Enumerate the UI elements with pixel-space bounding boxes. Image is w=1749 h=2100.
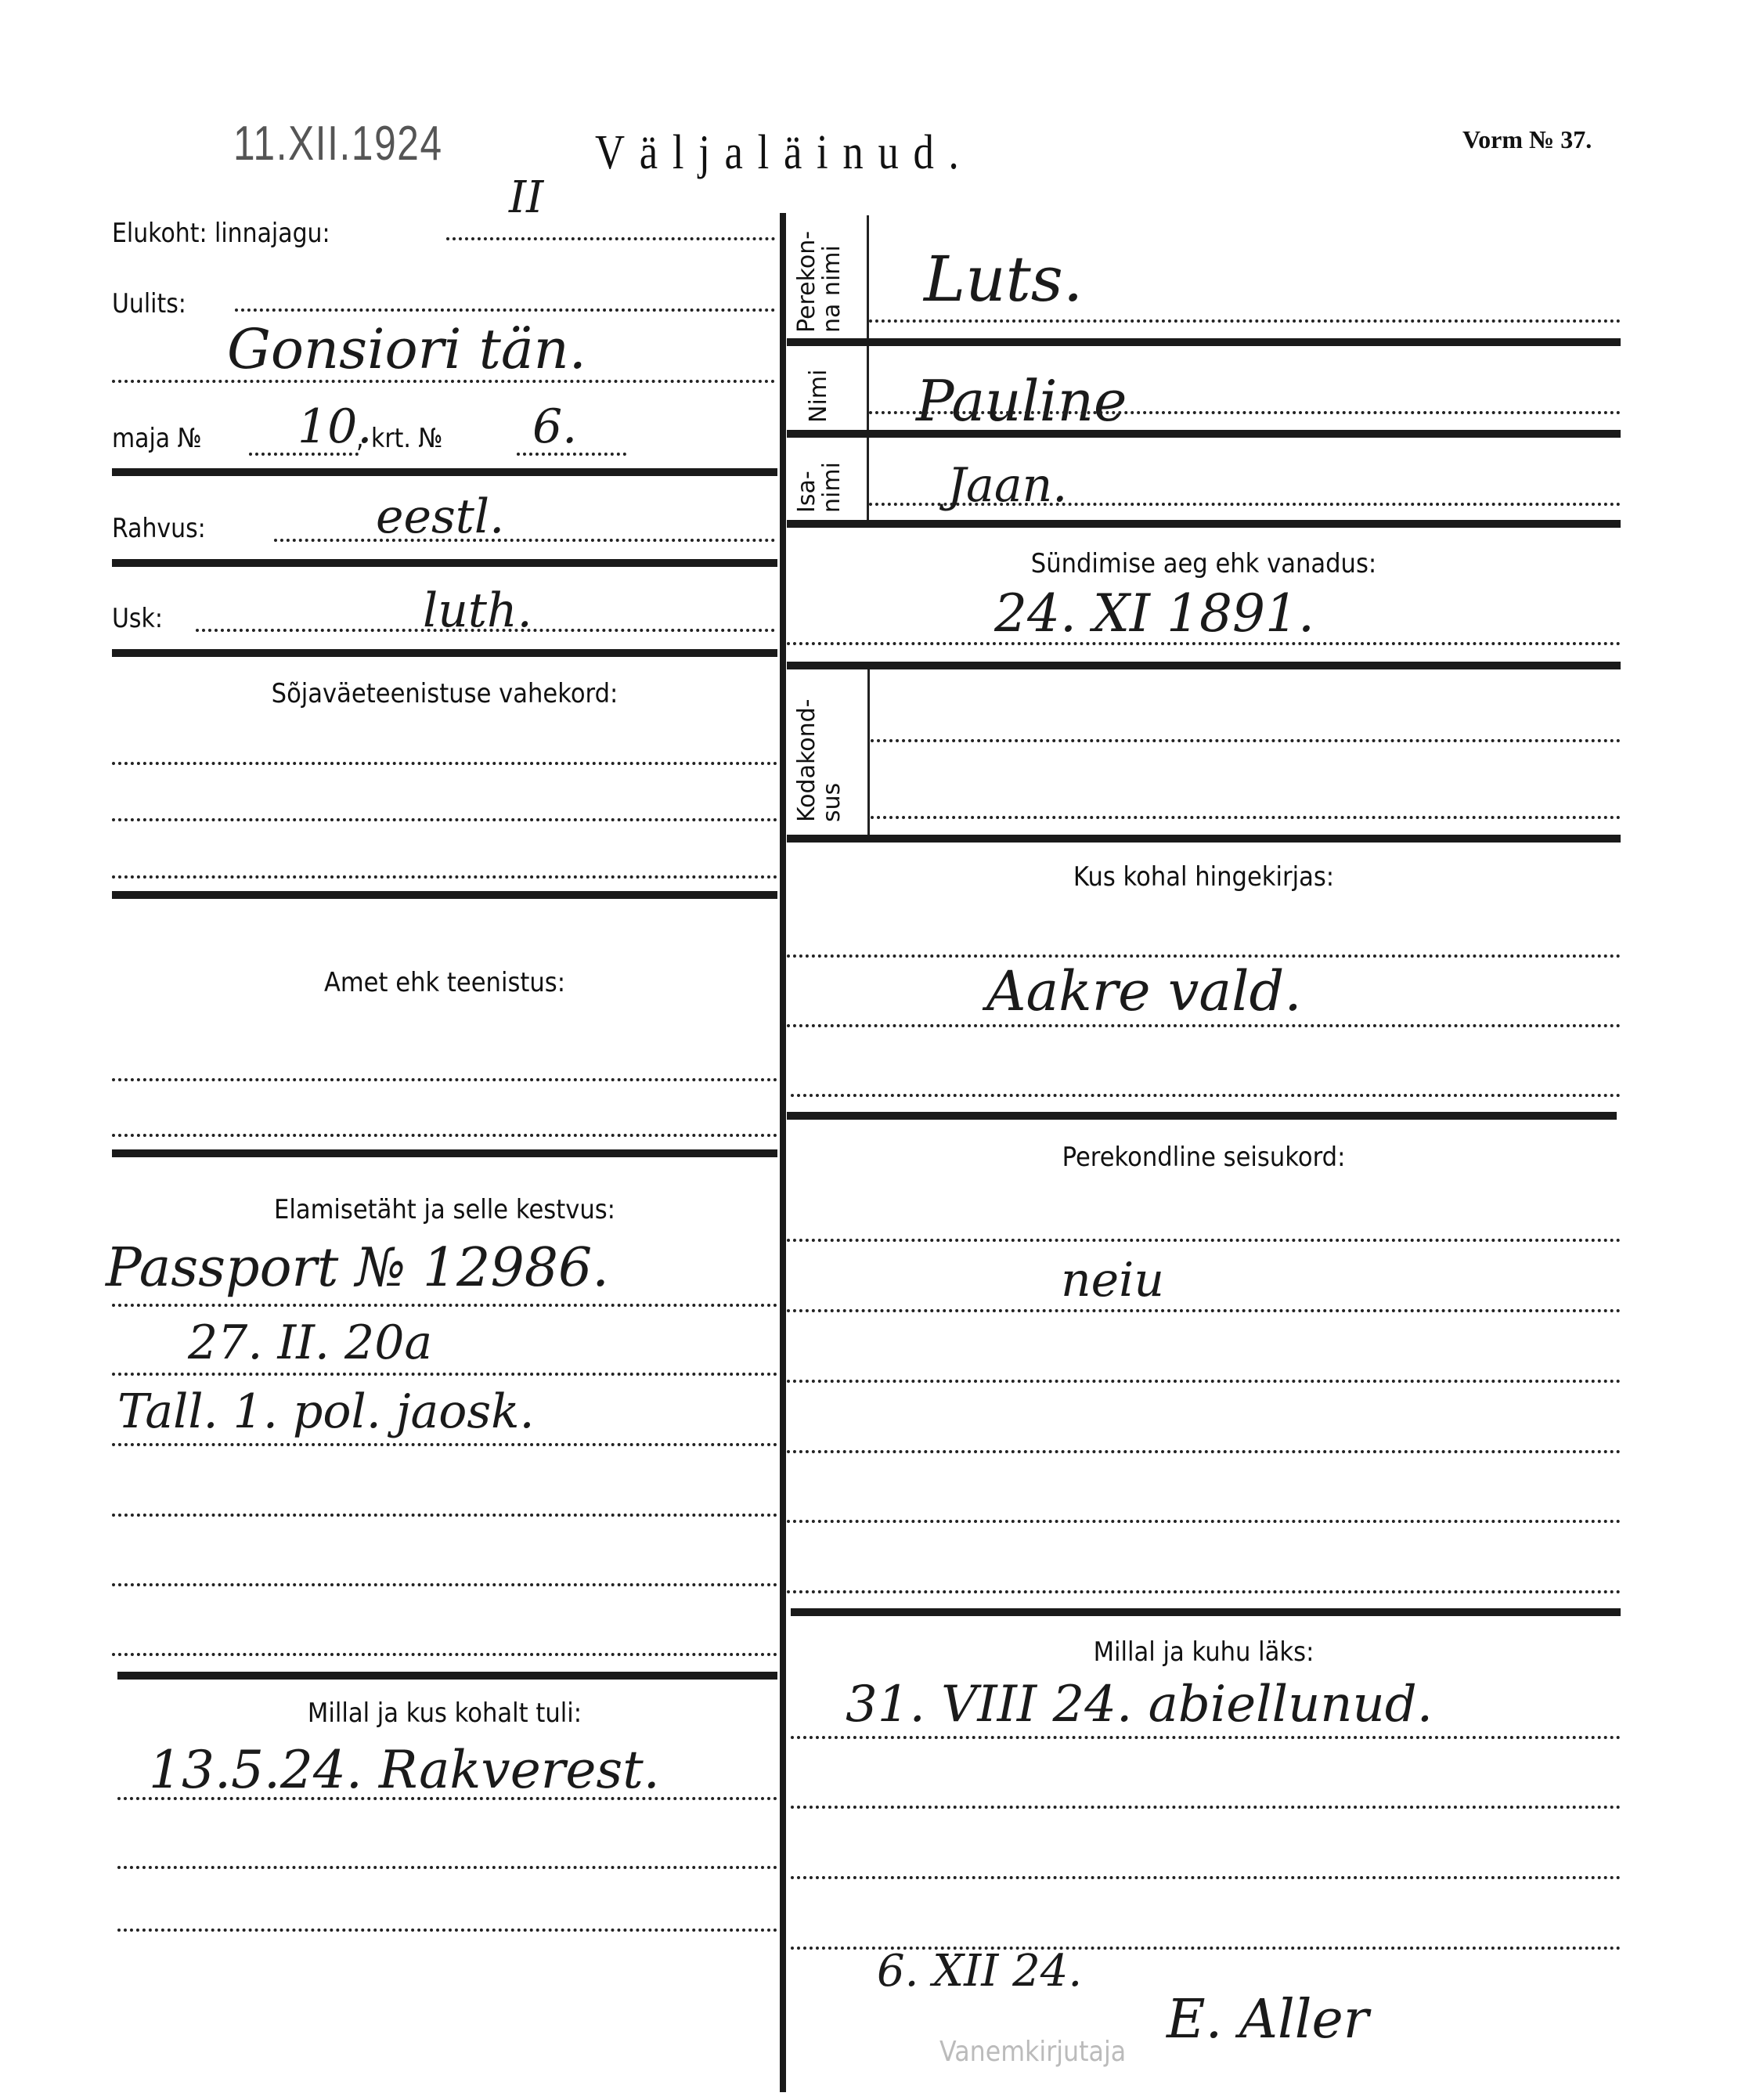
form-title: Väljaläinud.: [595, 125, 973, 181]
elamisetaht-line-1: Passport № 12986.: [106, 1237, 609, 1299]
divider: [787, 1112, 1617, 1120]
perekonnanimi-line: [869, 319, 1621, 323]
tuli-line-3: [117, 1929, 777, 1932]
perekonnanimi-value: Luts.: [924, 243, 1083, 316]
divider: [112, 468, 777, 476]
divider: [112, 891, 777, 899]
elukoht-label: Elukoht: linnajagu:: [112, 218, 330, 249]
rahvus-label: Rahvus:: [112, 513, 206, 544]
label-separator: [867, 438, 869, 522]
perekondline-line-1: [787, 1239, 1621, 1242]
usk-label: Usk:: [112, 603, 163, 634]
column-divider: [780, 213, 786, 2092]
sojavae-label: Sõjaväeteenistuse vahekord:: [146, 678, 745, 709]
perekondline-line-4: [787, 1450, 1621, 1453]
laks-line-2: [791, 1806, 1621, 1809]
nimi-value: Pauline: [916, 368, 1127, 434]
isanimi-label-line-2: nimi: [820, 462, 845, 513]
isanimi-label-line-1: Isa-: [795, 462, 820, 513]
perekondline-line-5: [787, 1520, 1621, 1523]
uulits-value: Gonsiori tän.: [227, 317, 586, 381]
rahvus-value: eestl.: [376, 489, 504, 544]
sojavae-line-3: [112, 875, 777, 879]
perekondline-label: Perekondline seisukord:: [828, 1142, 1579, 1173]
perekondline-line-2: [787, 1309, 1621, 1312]
tuli-line-2: [117, 1866, 777, 1869]
sundimise-line: [787, 642, 1621, 645]
hingekirjas-line-1: [787, 954, 1621, 958]
nimi-line: [869, 411, 1621, 414]
divider: [112, 559, 777, 567]
perekondline-value: neiu: [1061, 1253, 1164, 1308]
tuli-line-1: [117, 1797, 777, 1800]
uulits-label: Uulits:: [112, 288, 186, 319]
laks-value: 31. VIII 24. abiellunud.: [846, 1676, 1433, 1734]
tuli-label: Millal ja kus kohalt tuli:: [146, 1698, 745, 1729]
elamisetaht-line-2: 27. II. 20a: [188, 1315, 432, 1370]
divider: [112, 649, 777, 657]
elamisetaht-line-3: Tall. 1. pol. jaosk.: [117, 1384, 535, 1439]
faded-stamp: Vanemkirjutaja: [939, 2036, 1126, 2068]
perekondline-line-3: [787, 1380, 1621, 1383]
hingekirjas-value: Aakre vald.: [986, 959, 1302, 1023]
signature: E. Aller: [1167, 1989, 1369, 2051]
usk-value: luth.: [423, 583, 532, 638]
isanimi-line: [869, 503, 1621, 506]
krt-value: 6.: [532, 399, 577, 454]
perekonnanimi-label-line-2: na nimi: [820, 231, 845, 333]
elamisetaht-rule-4: [112, 1514, 777, 1517]
signature-date: 6. XII 24.: [877, 1946, 1082, 1997]
amet-line-2: [112, 1134, 777, 1137]
label-separator: [867, 346, 869, 434]
divider: [787, 338, 1621, 346]
tuli-value: 13.5.24. Rakverest.: [149, 1740, 660, 1800]
kodakondsus-label: Kodakond- sus: [795, 699, 845, 823]
sojavae-line-2: [112, 818, 777, 821]
krt-label: , krt. №: [356, 423, 443, 454]
elukoht-value: II: [509, 172, 543, 223]
nimi-label: Nimi: [806, 370, 831, 423]
sundimise-label: Sündimise aeg ehk vanadus:: [828, 548, 1579, 579]
divider: [117, 1672, 777, 1680]
elamisetaht-rule-3: [112, 1443, 777, 1446]
elamisetaht-rule-1: [112, 1304, 777, 1307]
isanimi-label: Isa- nimi: [795, 462, 845, 513]
sojavae-line-1: [112, 762, 777, 765]
elamisetaht-rule-6: [112, 1653, 777, 1656]
perekonnanimi-label: Perekon- na nimi: [795, 231, 845, 333]
date-stamp: 11.XII.1924: [233, 116, 443, 171]
elamisetaht-label: Elamisetäht ja selle kestvus:: [146, 1194, 745, 1225]
divider: [787, 662, 1621, 669]
uulits-line-2: [112, 380, 775, 383]
divider: [787, 520, 1621, 528]
divider: [787, 835, 1621, 843]
uulits-line-1: [235, 309, 775, 312]
divider: [787, 430, 1621, 438]
elukoht-line: [446, 237, 775, 240]
label-separator: [867, 669, 870, 838]
laks-line-1: [791, 1736, 1621, 1739]
amet-line-1: [112, 1078, 777, 1081]
hingekirjas-line-2: [787, 1024, 1621, 1027]
hingekirjas-label: Kus kohal hingekirjas:: [828, 861, 1579, 893]
rahvus-line: [274, 539, 775, 542]
maja-label: maja №: [112, 423, 202, 454]
perekonnanimi-label-line-1: Perekon-: [795, 231, 820, 333]
kodakondsus-label-line-1: Kodakond-: [795, 699, 820, 823]
laks-line-3: [791, 1876, 1621, 1879]
amet-label: Amet ehk teenistus:: [146, 967, 745, 998]
sundimise-value: 24. XI 1891.: [994, 583, 1314, 644]
divider: [791, 1608, 1621, 1616]
perekondline-line-6: [787, 1590, 1621, 1593]
elamisetaht-rule-2: [112, 1373, 777, 1376]
form-number: Vorm № 37.: [1462, 125, 1592, 154]
divider: [112, 1149, 777, 1157]
hingekirjas-line-3: [791, 1094, 1621, 1097]
laks-label: Millal ja kuhu läks:: [828, 1636, 1579, 1668]
kodakondsus-line-2: [871, 816, 1621, 819]
kodakondsus-label-line-2: sus: [820, 699, 845, 823]
kodakondsus-line-1: [871, 739, 1621, 742]
elamisetaht-rule-5: [112, 1583, 777, 1586]
